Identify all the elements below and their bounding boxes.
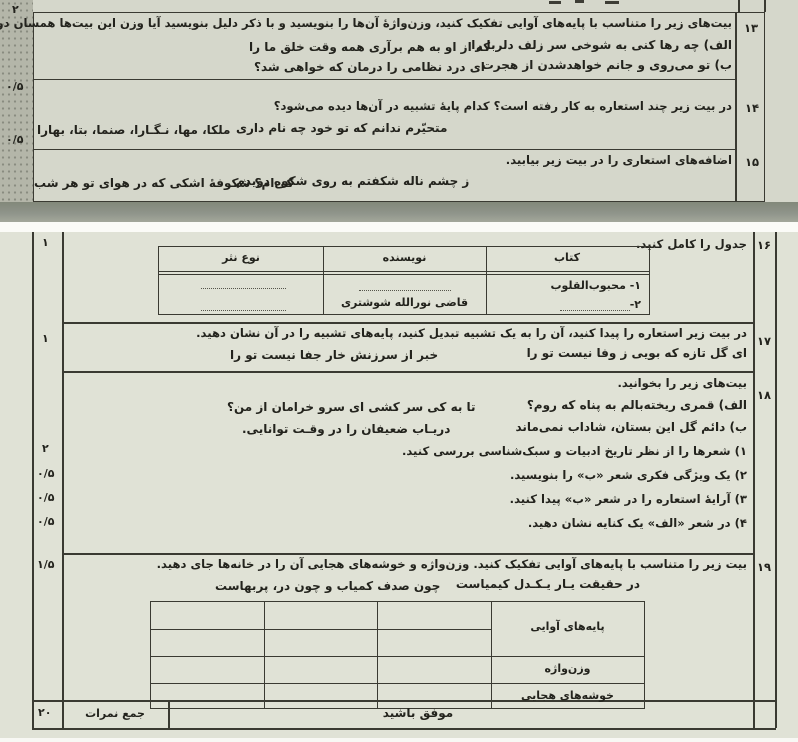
score-q17: ۱: [42, 332, 49, 345]
qnum-17: ۱۷: [757, 334, 771, 348]
score-q14: ۰/۵: [6, 80, 23, 93]
q15-text: اضافه‌های استعاری را در بیت زیر بیابید.: [506, 153, 732, 167]
qnum-13: ۱۳: [744, 21, 758, 35]
q19-label-syllable-clusters: خوشه‌های هجایی: [491, 689, 644, 702]
question-row-15: اضافه‌های استعاری را در بیت زیر بیابید. …: [34, 149, 736, 201]
q14-verse-2: ملکا، مها، نـگـارا، صنما، بتا، بهارا: [37, 123, 230, 137]
qnum-15: ۱۵: [745, 155, 759, 169]
score-q15: ۰/۵: [6, 133, 23, 146]
question-row-13: بیت‌های زیر را متناسب با پایه‌های آوایی …: [34, 13, 736, 80]
score-q18-4: ۰/۵: [37, 515, 54, 528]
q16-row2-book-blank: [560, 300, 630, 311]
score-q18-3: ۰/۵: [37, 491, 54, 504]
table-line: [151, 629, 491, 630]
total-score: ۲۰: [38, 706, 51, 719]
frame-line: [32, 232, 34, 728]
questions-frame-top: ۱۳ ۱۴ ۱۵ بیت‌های زیر را متناسب با پایه‌ه…: [33, 12, 765, 202]
q17-verse-2: خبر از سرزنش خار جفا نیست تو را: [230, 348, 438, 362]
q13-verse-a-1: الف) چه رها کنی به شوخی سر زلف دلربا را: [471, 38, 732, 52]
table-line: [151, 683, 644, 684]
q19-verse-1: در حقیقت یـار یـکـدل کیمیاست: [456, 577, 640, 591]
q18-verse-b-1: ب) دائم گل این بستان، شاداب نمی‌ماند: [515, 420, 747, 434]
q16-table: کتاب نویسنده نوع نثر ۱- محبوب‌القلوب ۲- …: [158, 246, 650, 315]
question-row-19: بیت زیر را متناسب با پایه‌های آوایی تفکی…: [62, 553, 753, 700]
q18-item-3: ۳) آرایهٔ استعاره را در شعر «ب» پیدا کنی…: [510, 492, 747, 506]
q17-text: در بیت زیر استعاره را پیدا کنید، آن را ب…: [196, 326, 747, 340]
q16-header-prose-type: نوع نثر: [159, 251, 323, 264]
score-q19: ۱/۵: [37, 558, 54, 571]
score-q18-2: ۰/۵: [37, 467, 54, 480]
question-row-14: در بیت زیر چند استعاره به کار رفته است؟ …: [34, 79, 736, 150]
q18-verse-a-2: تا به کی سر کشی ای سرو خرامان از من؟: [227, 400, 476, 414]
score-q18-1: ۲: [42, 442, 49, 455]
q17-verse-1: ای گل تازه که بویی ز وفا نیست تو را: [527, 346, 747, 360]
q19-table: پایه‌های آوایی وزن‌واژه خوشه‌های هجایی: [150, 601, 645, 709]
q19-label-phonetic-feet: پایه‌های آوایی: [491, 620, 644, 633]
q18-verse-a-1: الف) قمری ریخته‌بالم به پناه که روم؟: [527, 398, 747, 412]
qnum-14: ۱۴: [745, 101, 759, 115]
q13-text: بیت‌های زیر را متناسب با پایه‌های آوایی …: [0, 16, 732, 30]
q19-label-meter-word: وزن‌واژه: [491, 662, 644, 675]
q13-verse-b-1: ب) تو می‌روی و جانم خواهدشدن از هجرت: [482, 58, 732, 72]
table-line: [264, 602, 265, 708]
q13-verse-a-2: که از او به هم برآری همه وقت خلق ما را: [249, 40, 490, 54]
q16-row2-book: ۲-: [560, 298, 641, 311]
good-luck-message: موفق باشید: [168, 706, 668, 720]
q13-verse-b-2: ای درد نظامی را درمان که خواهی شد؟: [254, 60, 485, 74]
qnum-19: ۱۹: [757, 560, 771, 574]
frame-line: [764, 0, 766, 12]
q14-verse-1: متحیّرم ندانم که تو خود چه نام داری: [236, 121, 447, 135]
q19-text: بیت زیر را متناسب با پایه‌های آوایی تفکی…: [157, 557, 747, 571]
q18-item-1: ۱) شعرها را از نظر تاریخ ادبیات و سبک‌شن…: [402, 444, 747, 458]
total-score-label: جمع نمرات: [64, 707, 166, 720]
q16-header-author: نویسنده: [323, 251, 486, 264]
q15-verse-2: کی‌ام؟ شکوفهٔ اشکی که در هوای تو هر شب: [34, 176, 293, 190]
question-row-17: در بیت زیر استعاره را پیدا کنید، آن را ب…: [62, 322, 753, 371]
q18-item-4: ۴) در شعر «الف» یک کنایه نشان دهید.: [528, 516, 747, 530]
frame-line: [775, 232, 777, 728]
table-line: [159, 271, 649, 272]
frame-line: [738, 0, 740, 12]
q16-text: جدول را کامل کنید.: [636, 237, 747, 251]
q19-verse-2: چون صدف کمیاب و چون در، پربهاست: [215, 579, 440, 593]
q16-row1-book: ۱- محبوب‌القلوب: [550, 279, 641, 292]
scan-strip-bottom: ۱ ۱ ۲ ۰/۵ ۰/۵ ۰/۵ ۱/۵ ۲۰ ۱۶ ۱۷ ۱۸ ۱۹ جدو…: [0, 232, 798, 738]
q18-text: بیت‌های زیر را بخوانید.: [617, 376, 747, 390]
q16-row1-prose-blank: [201, 278, 286, 289]
number-column-divider: [753, 232, 755, 728]
qnum-16: ۱۶: [757, 238, 771, 252]
scanned-exam-page: { "colors": { "paper_top": "#d5d7cb", "p…: [0, 0, 798, 742]
scan-artifact-cutoff-text: [545, 0, 640, 5]
scan-strip-top: ۲ ۰/۵ ۰/۵ ۱۳ ۱۴ ۱۵ بیت‌های زیر را متناسب…: [0, 0, 798, 222]
table-line: [151, 656, 644, 657]
table-line: [377, 602, 378, 708]
q16-row2-prose-blank: [201, 300, 286, 311]
score-q13: ۲: [12, 3, 19, 16]
question-row-18: بیت‌های زیر را بخوانید. الف) قمری ریخته‌…: [62, 371, 753, 553]
question-row-16: جدول را کامل کنید. کتاب نویسنده نوع نثر …: [62, 232, 753, 322]
score-q16: ۱: [42, 236, 49, 249]
q16-row1-author-blank: [359, 280, 451, 291]
table-line-double: [159, 274, 649, 275]
q18-verse-b-2: دریـاب ضعیفان را در وقـت توانایی.: [242, 422, 450, 436]
q16-header-book: کتاب: [486, 251, 648, 264]
footer-bottom-line: [32, 728, 776, 730]
qnum-18: ۱۸: [757, 388, 771, 402]
q14-text: در بیت زیر چند استعاره به کار رفته است؟ …: [274, 99, 732, 113]
q18-item-2: ۲) یک ویژگی فکری شعر «ب» را بنویسید.: [510, 468, 747, 482]
q16-row2-author: قاضی نورالله شوشتری: [323, 296, 486, 309]
left-margin-texture: [0, 0, 33, 222]
scan-gap: [0, 222, 798, 232]
scan-bottom-shadow: [0, 202, 798, 222]
